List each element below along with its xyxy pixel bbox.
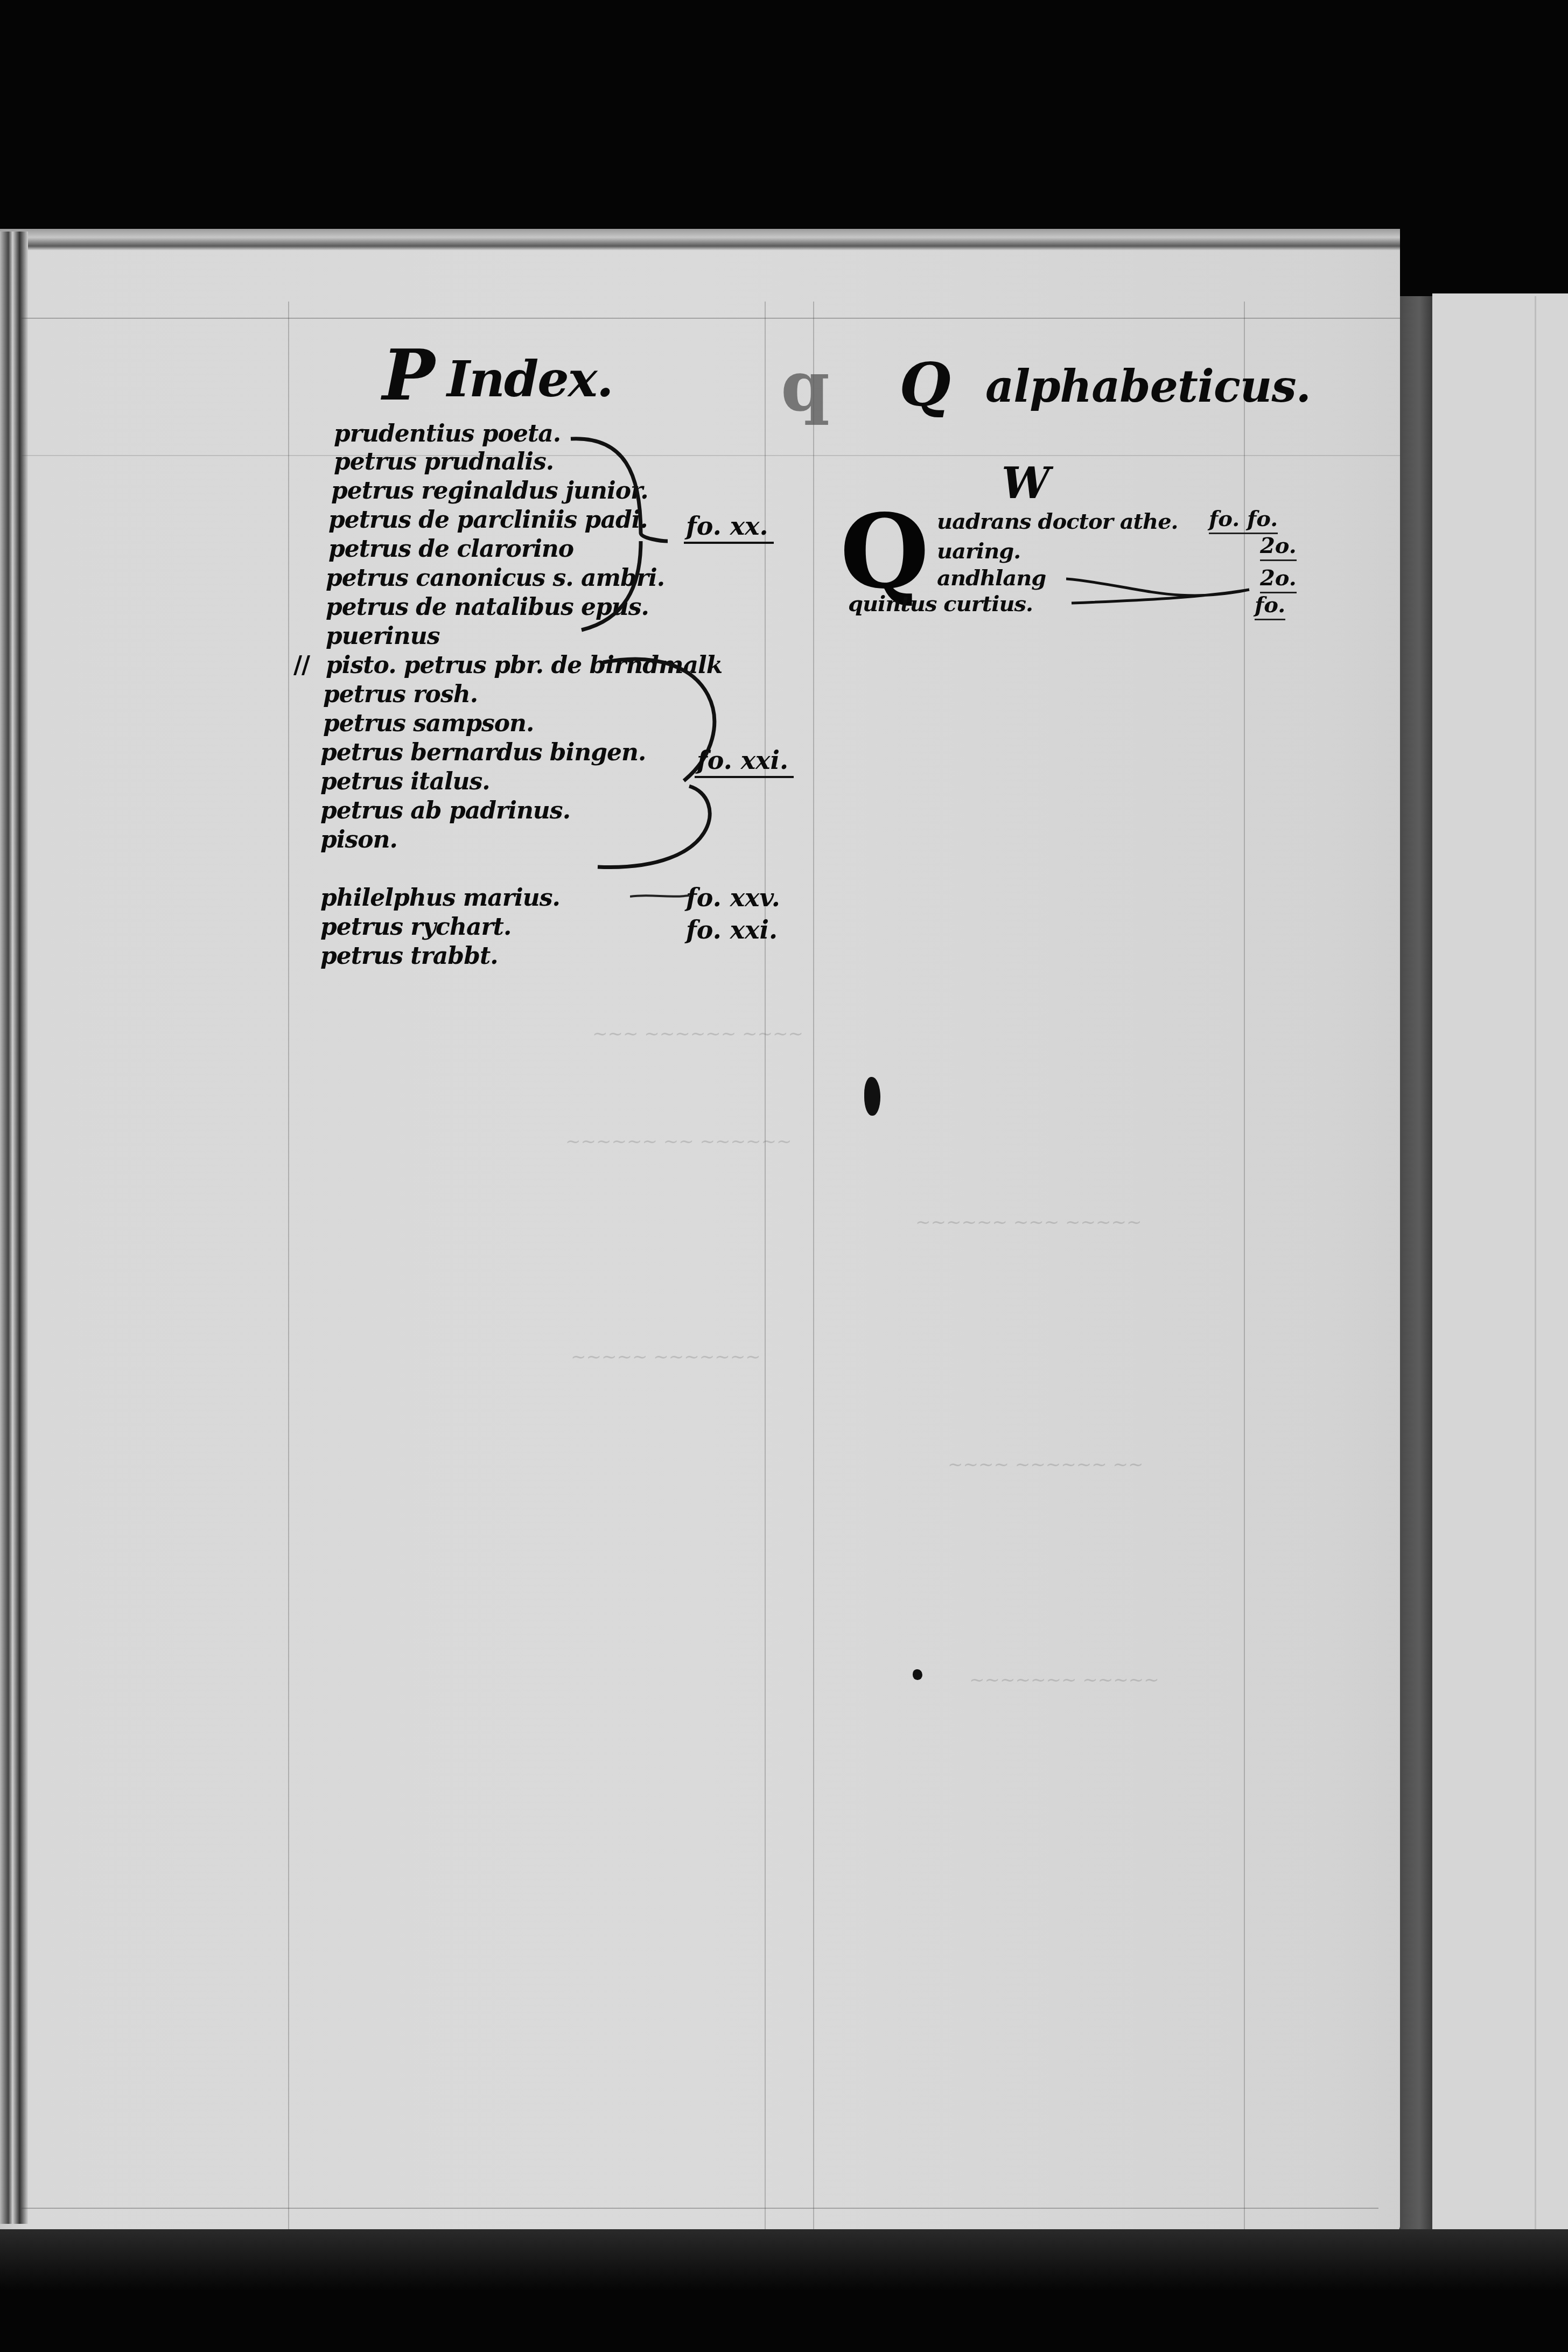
index-entry: petrus italus.: [320, 768, 490, 795]
section-ornament: W: [1002, 458, 1050, 508]
bleed-through-text: ~~~~~~ ~~ ~~~~~~: [565, 1131, 792, 1152]
margin-mark: //: [293, 652, 310, 679]
ink-blot: [864, 1077, 880, 1116]
index-entry: puerinus: [326, 622, 439, 650]
index-entry: petrus de clarorino: [328, 535, 573, 563]
q-leader-lines: [1066, 573, 1260, 611]
bleed-through-text: ~~~~~~~ ~~~~~: [969, 1669, 1159, 1691]
bleed-through-text: ~~~~ ~~~~~~ ~~: [948, 1454, 1143, 1475]
ruling-line-bottom: [22, 2208, 1378, 2209]
bottom-shadow: [0, 2229, 1568, 2352]
folio-reference: fo. xxi.: [684, 915, 783, 946]
book-gutter: [1400, 296, 1432, 2235]
q-folio-reference: 2o.: [1260, 565, 1297, 593]
bleed-through-text: ~~~ ~~~~~~ ~~~~: [592, 1023, 803, 1045]
q-index-entry: uaring.: [937, 538, 1020, 564]
index-entry: petrus sampson.: [323, 710, 534, 737]
leader-line: [630, 891, 689, 902]
q-folio-reference: 2o.: [1260, 533, 1297, 561]
q-index-entry: uadrans doctor athe.: [937, 509, 1178, 534]
page-left-edge: [0, 232, 28, 2224]
bleed-through-text: ~~~~~~ ~~~ ~~~~~: [915, 1212, 1142, 1233]
decorated-initial-q: Q: [840, 501, 929, 603]
folio-reference: fo. xxv.: [684, 883, 786, 913]
adjacent-page: [1432, 293, 1568, 2232]
ruling-column-3: [813, 302, 814, 2229]
ruling-column-1: [288, 302, 289, 2229]
q-index-entry: quintus curtius.: [848, 591, 1033, 617]
bleed-through-text: ~~~~~ ~~~~~~~: [571, 1346, 761, 1368]
index-entry: prudentius poeta.: [334, 420, 561, 447]
bracket-group-1: [560, 431, 668, 635]
index-entry: petrus rychart.: [320, 913, 511, 941]
index-entry: philelphus marius.: [320, 884, 560, 912]
index-entry: petrus rosh.: [323, 681, 478, 708]
adjacent-page-ruling: [1535, 296, 1536, 2229]
folio-reference: fo. xx.: [684, 512, 774, 544]
q-index-entry: andhlang: [937, 565, 1046, 591]
heading-initial-q: Q: [899, 350, 951, 419]
ruling-line-upper: [22, 455, 1400, 456]
heading-index: Index.: [447, 350, 613, 408]
index-entry: pison.: [320, 826, 397, 853]
folio-reference: fo. xxi.: [695, 746, 794, 778]
ruling-column-2: [765, 302, 766, 2229]
heading-ghost-initial: q: [781, 345, 830, 427]
index-entry: petrus trabbt.: [320, 942, 498, 970]
heading-alphabeticus: alphabeticus.: [985, 361, 1311, 412]
index-entry: petrus prudnalis.: [334, 448, 554, 475]
q-folio-reference: fo. fo.: [1209, 506, 1278, 534]
page-top-edge: [0, 229, 1400, 250]
index-entry: petrus ab padrinus.: [320, 797, 570, 824]
manuscript-scan: ~~~ ~~~~~~ ~~~~ ~~~~~~ ~~ ~~~~~~ ~~~~~ ~…: [0, 0, 1568, 2352]
ruling-line-top: [22, 318, 1400, 319]
ink-blot: [913, 1669, 922, 1680]
heading-initial-p: P: [382, 334, 435, 416]
